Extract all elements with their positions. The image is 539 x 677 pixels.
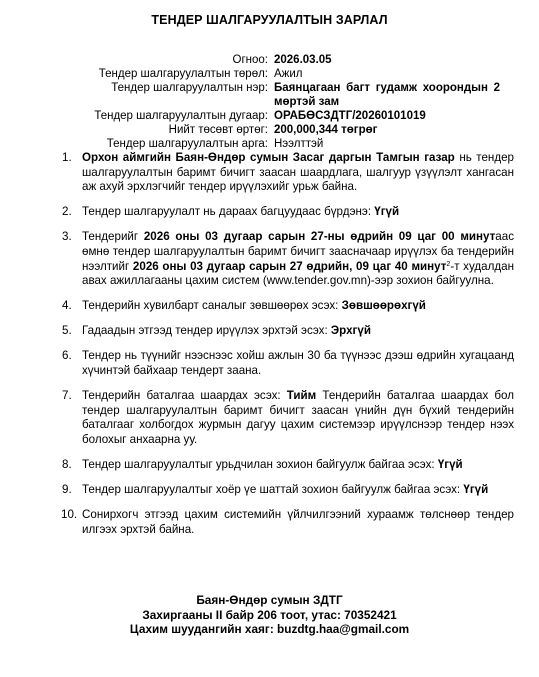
contact-footer: Баян-Өндөр сумын ЗДТГ Захиргааны II байр… <box>0 593 539 637</box>
document-title: ТЕНДЕР ШАЛГАРУУЛАЛТЫН ЗАРЛАЛ <box>0 13 539 27</box>
emphasized-text: Үгүй <box>374 205 399 218</box>
info-row: Тендер шалгаруулалтын арга:Нээлттэй <box>60 137 500 151</box>
info-label: Тендер шалгаруулалтын арга: <box>60 137 274 151</box>
list-item: 9.Тендер шалгаруулалтыг хоёр үе шаттай з… <box>62 483 514 498</box>
emphasized-text: Эрхгүй <box>331 324 371 337</box>
organization-address-phone: Захиргааны II байр 206 тоот, утас: 70352… <box>0 608 539 623</box>
emphasized-text: Тийм <box>287 389 316 402</box>
list-item-number: 1. <box>62 151 72 166</box>
info-label: Тендер шалгаруулалтын төрөл: <box>60 67 274 81</box>
list-item-number: 10. <box>61 508 77 523</box>
info-label: Огноо: <box>60 53 274 67</box>
list-item-number: 6. <box>62 349 72 364</box>
list-item: 1.Орхон аймгийн Баян-Өндөр сумын Засаг д… <box>62 151 514 195</box>
list-item-number: 8. <box>62 458 72 473</box>
list-item: 10.Сонирхогч этгээд цахим системийн үйлч… <box>62 508 514 537</box>
info-label: Нийт төсөвт өртөг: <box>60 123 274 137</box>
info-value: ОРАБӨСЗДТГ/20260101019 <box>274 109 500 123</box>
emphasized-text: 2026 оны 03 дугаар сарын 27 өдрийн, 09 ц… <box>133 260 447 273</box>
body-text: Гадаадын этгээд тендер ирүүлэх эрхтэй эс… <box>82 324 331 337</box>
emphasized-text: Үгүй <box>463 483 488 496</box>
body-text: Сонирхогч этгээд цахим системийн үйлчилг… <box>82 508 514 536</box>
list-item: 8.Тендер шалгаруулалтыг урьдчилан зохион… <box>62 458 514 473</box>
body-text: Тендер нь түүнийг нээснээс хойш ажлын 30… <box>82 349 514 377</box>
list-item: 3.Тендерийг 2026 оны 03 дугаар сарын 27-… <box>62 230 514 288</box>
info-row: Тендер шалгаруулалтын төрөл:Ажил <box>60 67 500 81</box>
body-text: Тендерийн баталгаа шаардах эсэх: <box>82 389 287 402</box>
list-item: 6.Тендер нь түүнийг нээснээс хойш ажлын … <box>62 349 514 378</box>
list-item: 4.Тендерийн хувилбарт саналыг зөвшөөрөх … <box>62 299 514 314</box>
info-row: Нийт төсөвт өртөг:200,000,344 төгрөг <box>60 123 500 137</box>
info-value: Нээлттэй <box>274 137 500 151</box>
tender-info-table: Огноо:2026.03.05Тендер шалгаруулалтын тө… <box>60 53 500 151</box>
list-item-number: 7. <box>62 389 72 404</box>
list-item: 2.Тендер шалгаруулалт нь дараах багцууда… <box>62 205 514 220</box>
list-item-number: 4. <box>62 299 72 314</box>
organization-email: Цахим шуудангийн хаяг: buzdtg.haa@gmail.… <box>0 622 539 637</box>
list-item: 5.Гадаадын этгээд тендер ирүүлэх эрхтэй … <box>62 324 514 339</box>
info-value: Баянцагаан багт гудамж хоорондын 2 мөртэ… <box>274 81 500 109</box>
body-text: Тендер шалгаруулалтыг хоёр үе шаттай зох… <box>82 483 463 496</box>
list-item-number: 2. <box>62 205 72 220</box>
info-value: 2026.03.05 <box>274 53 500 67</box>
info-row: Тендер шалгаруулалтын нэр:Баянцагаан баг… <box>60 81 500 109</box>
emphasized-text: Орхон аймгийн Баян-Өндөр сумын Засаг дар… <box>82 151 455 164</box>
list-item-number: 3. <box>62 230 72 245</box>
emphasized-text: Үгүй <box>438 458 463 471</box>
body-text: Тендер шалгаруулалт нь дараах багцуудаас… <box>82 205 374 218</box>
list-item-number: 9. <box>62 483 72 498</box>
body-text: Тендерийн хувилбарт саналыг зөвшөөрөх эс… <box>82 299 342 312</box>
body-text: Тендерийг <box>82 230 144 243</box>
info-row: Тендер шалгаруулалтын дугаар:ОРАБӨСЗДТГ/… <box>60 109 500 123</box>
list-item: 7.Тендерийн баталгаа шаардах эсэх: Тийм … <box>62 389 514 447</box>
info-value: 200,000,344 төгрөг <box>274 123 500 137</box>
list-item-number: 5. <box>62 324 72 339</box>
tender-conditions-list: 1.Орхон аймгийн Баян-Өндөр сумын Засаг д… <box>62 151 514 548</box>
info-row: Огноо:2026.03.05 <box>60 53 500 67</box>
info-value: Ажил <box>274 67 500 81</box>
body-text: Тендер шалгаруулалтыг урьдчилан зохион б… <box>82 458 438 471</box>
info-label: Тендер шалгаруулалтын нэр: <box>60 81 274 109</box>
emphasized-text: Зөвшөөрөхгүй <box>342 299 426 312</box>
emphasized-text: 2026 оны 03 дугаар сарын 27-ны өдрийн 09… <box>144 230 495 243</box>
info-label: Тендер шалгаруулалтын дугаар: <box>60 109 274 123</box>
organization-name: Баян-Өндөр сумын ЗДТГ <box>0 593 539 608</box>
